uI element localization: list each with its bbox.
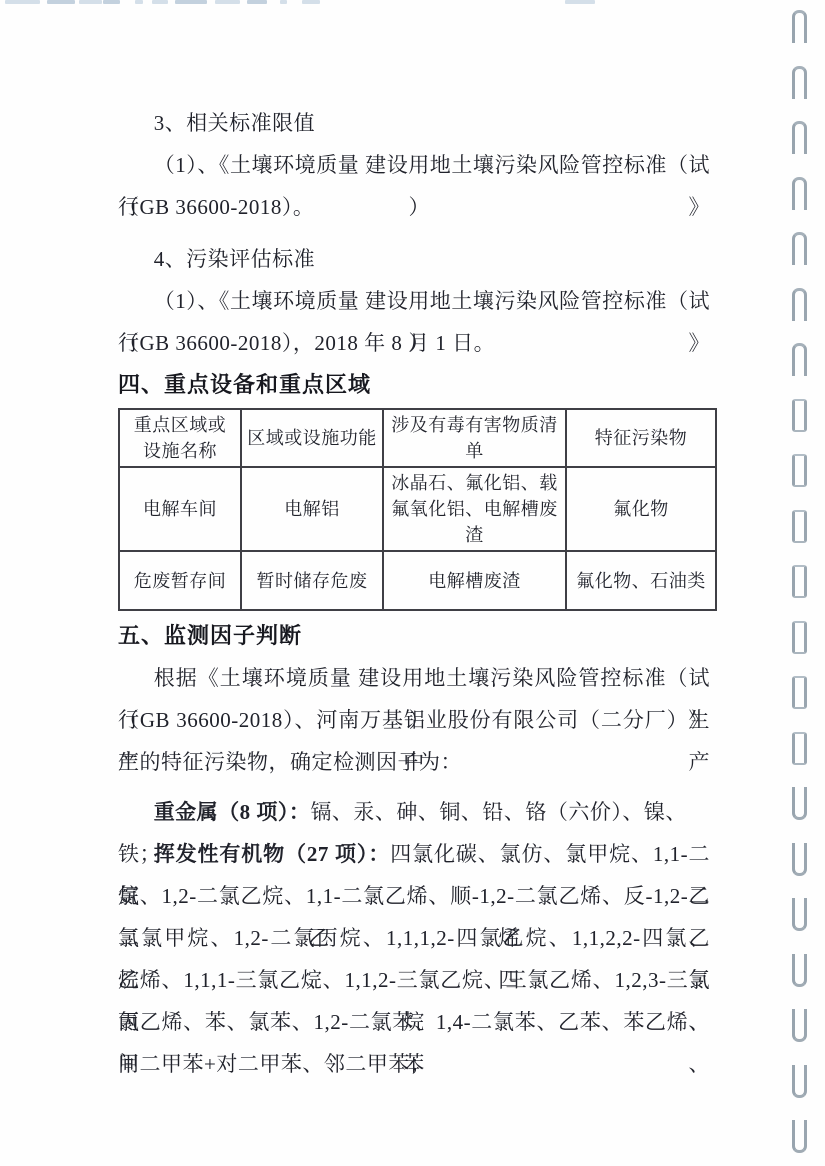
binding-ring bbox=[792, 1120, 807, 1153]
table-cell: 电解车间 bbox=[119, 467, 241, 551]
table-cell: 冰晶石、氟化铝、载氟氧化铝、电解槽废渣 bbox=[383, 467, 566, 551]
scan-dash bbox=[135, 0, 143, 4]
binding-ring bbox=[792, 399, 807, 432]
table-cell: 氟化物 bbox=[566, 467, 716, 551]
key-areas-table: 重点区域或设施名称 区域或设施功能 涉及有毒有害物质清单 特征污染物 电解车间 … bbox=[118, 408, 717, 611]
table-cell: 危废暂存间 bbox=[119, 551, 241, 610]
table-header-cell: 重点区域或设施名称 bbox=[119, 409, 241, 467]
binding-ring bbox=[792, 66, 807, 99]
table-header-row: 重点区域或设施名称 区域或设施功能 涉及有毒有害物质清单 特征污染物 bbox=[119, 409, 716, 467]
binding-ring bbox=[792, 177, 807, 210]
voc-line: 乙烯、1,1,1-三氯乙烷、1,1,2-三氯乙烷、三氯乙烯、1,2,3-三氯丙烷… bbox=[118, 959, 710, 1001]
binding-ring bbox=[792, 676, 807, 709]
scan-dash bbox=[5, 0, 40, 4]
scan-dash bbox=[47, 0, 75, 4]
table-cell: 氟化物、石油类 bbox=[566, 551, 716, 610]
table-row: 电解车间 电解铝 冰晶石、氟化铝、载氟氧化铝、电解槽废渣 氟化物 bbox=[119, 467, 716, 551]
heavy-metals-line: 重金属（8 项）：镉、汞、砷、铜、铅、铬（六价）、镍、铁； bbox=[118, 791, 710, 833]
scan-dash bbox=[565, 0, 595, 4]
scan-dash bbox=[280, 0, 287, 4]
scan-dash bbox=[215, 0, 240, 4]
item-3-heading: 3、相关标准限值 bbox=[118, 102, 710, 144]
document-body: 3、相关标准限值 （1）、《土壤环境质量 建设用地土壤污染风险管控标准（试行）》… bbox=[0, 0, 825, 1085]
item-3-line-1: （1）、《土壤环境质量 建设用地土壤污染风险管控标准（试行）》 bbox=[118, 144, 710, 186]
voc-line: 氯乙烯、苯、氯苯、1,2-二氯苯、1,4-二氯苯、乙苯、苯乙烯、甲苯、 bbox=[118, 1001, 710, 1043]
table-cell: 电解槽废渣 bbox=[383, 551, 566, 610]
scan-dash bbox=[79, 0, 102, 4]
scan-dash bbox=[302, 0, 320, 4]
binding-ring bbox=[792, 621, 807, 654]
binding-ring bbox=[792, 454, 807, 487]
voc-line: 二氯甲烷、1,2-二氯丙烷、1,1,1,2-四氯乙烷、1,1,2,2-四氯乙烷、… bbox=[118, 917, 710, 959]
binding-ring bbox=[792, 343, 807, 376]
table-header-cell: 区域或设施功能 bbox=[241, 409, 383, 467]
binding-ring bbox=[792, 288, 807, 321]
binding-ring bbox=[792, 10, 807, 43]
scan-artifact-top-edge bbox=[0, 0, 825, 8]
voc-line: 烷、1,2-二氯乙烷、1,1-二氯乙烯、顺-1,2-二氯乙烯、反-1,2-二氯乙… bbox=[118, 875, 710, 917]
scan-dash bbox=[247, 0, 267, 4]
binding-ring bbox=[792, 898, 807, 931]
voc-label: 挥发性有机物（27 项）： bbox=[154, 842, 391, 866]
binding-ring bbox=[792, 1065, 807, 1098]
table-cell: 电解铝 bbox=[241, 467, 383, 551]
section-5-intro-line: （GB 36600-2018）、河南万基铝业股份有限公司（二分厂）生产中产 bbox=[118, 699, 710, 741]
binding-ring bbox=[792, 565, 807, 598]
table-row: 危废暂存间 暂时储存危废 电解槽废渣 氟化物、石油类 bbox=[119, 551, 716, 610]
binding-ring bbox=[792, 954, 807, 987]
section-5-intro-line: 根据《土壤环境质量 建设用地土壤污染风险管控标准（试行）》 bbox=[118, 657, 710, 699]
item-4-line-1: （1）、《土壤环境质量 建设用地土壤污染风险管控标准（试行）》 bbox=[118, 280, 710, 322]
table-header-cell: 特征污染物 bbox=[566, 409, 716, 467]
heavy-metals-label: 重金属（8 项）： bbox=[154, 800, 311, 824]
table-header-cell: 涉及有毒有害物质清单 bbox=[383, 409, 566, 467]
binding-rings-column bbox=[775, 0, 825, 1166]
section-5-heading: 五、监测因子判断 bbox=[118, 615, 710, 657]
binding-ring bbox=[792, 510, 807, 543]
binding-ring bbox=[792, 787, 807, 820]
item-4-heading: 4、污染评估标准 bbox=[118, 238, 710, 280]
table-cell: 暂时储存危废 bbox=[241, 551, 383, 610]
scanned-document-page: 3、相关标准限值 （1）、《土壤环境质量 建设用地土壤污染风险管控标准（试行）》… bbox=[0, 0, 825, 1166]
scan-dash bbox=[175, 0, 207, 4]
binding-ring bbox=[792, 843, 807, 876]
binding-ring bbox=[792, 121, 807, 154]
scan-dash bbox=[103, 0, 120, 4]
scan-dash bbox=[152, 0, 168, 4]
voc-line: 挥发性有机物（27 项）：四氯化碳、氯仿、氯甲烷、1,1-二氯乙 bbox=[118, 833, 710, 875]
binding-ring bbox=[792, 732, 807, 765]
binding-ring bbox=[792, 1009, 807, 1042]
binding-ring bbox=[792, 232, 807, 265]
section-4-heading: 四、重点设备和重点区域 bbox=[118, 364, 710, 406]
